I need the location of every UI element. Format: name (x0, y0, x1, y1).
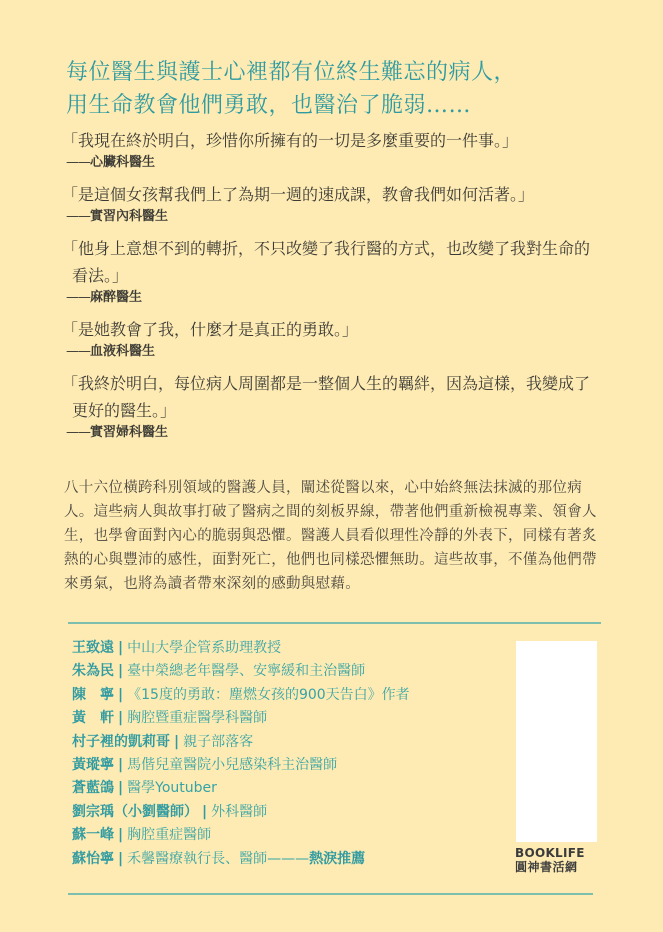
quote-text-continued: 看法。」 (62, 266, 128, 285)
quote-source: ——實習婦科醫生 (62, 424, 607, 442)
endorser-title: 胸腔重症醫師 (127, 827, 211, 843)
source-label: 血液科醫生 (90, 344, 155, 359)
dash: —— (66, 209, 90, 224)
endorser-title: 臺中榮總老年醫學、安寧緩和主治醫師 (127, 663, 365, 679)
endorsement-item: 黃瑽寧|馬偕兒童醫院小兒感染科主治醫師 (72, 754, 410, 777)
endorsement-item: 黃 軒|胸腔暨重症醫學科醫師 (72, 707, 410, 730)
dash: —— (66, 290, 90, 305)
separator: | (114, 827, 127, 843)
endorser-title: 醫學Youtuber (127, 780, 217, 796)
source-label: 實習婦科醫生 (90, 425, 168, 440)
quote-text: 「我現在終於明白，珍惜你所擁有的一切是多麼重要的一件事。」 (62, 127, 607, 154)
endorser-name: 蘇一峰 (72, 827, 114, 843)
quote-text-continued: 更好的醫生。」 (62, 401, 176, 420)
endorser-title: 禾馨醫療執行長、醫師 (127, 851, 267, 867)
quote: 「他身上意想不到的轉折，不只改變了我行醫的方式，也改變了我對生命的 看法。」 —… (62, 235, 607, 307)
source-label: 麻醉醫生 (90, 290, 142, 305)
endorser-name: 劉宗瑀（小劉醫師） (72, 804, 198, 820)
endorser-title: 外科醫師 (211, 804, 267, 820)
recommend-label: 熱淚推薦 (309, 851, 365, 867)
description: 八十六位橫跨科別領域的醫護人員，闡述從醫以來，心中始終無法抹滅的那位病 人。這些… (64, 476, 604, 596)
endorsement-list: 王致遠|中山大學企管系助理教授 朱為民|臺中榮總老年醫學、安寧緩和主治醫師 陳 … (72, 637, 410, 871)
description-line: 人。這些病人與故事打破了醫病之間的刻板界線，帶著他們重新檢視專業、領會人 (64, 500, 604, 524)
endorser-name: 朱為民 (72, 663, 114, 679)
quote-text: 「我終於明白，每位病人周圍都是一整個人生的羈絆，因為這樣，我變成了 (62, 370, 607, 397)
description-line: 來勇氣，也將為讀者帶來深刻的感動與慰藉。 (64, 572, 604, 596)
quote: 「我終於明白，每位病人周圍都是一整個人生的羈絆，因為這樣，我變成了 更好的醫生。… (62, 370, 607, 442)
top-divider (68, 622, 601, 624)
endorser-name: 村子裡的凱莉哥 (72, 734, 170, 750)
endorser-title: 胸腔暨重症醫學科醫師 (127, 710, 267, 726)
dash: —— (66, 155, 90, 170)
separator: | (198, 804, 211, 820)
publisher-logo-zh: 圓神書活網 (515, 860, 585, 875)
separator: | (114, 757, 127, 773)
separator: | (114, 851, 127, 867)
source-label: 心臟科醫生 (90, 155, 155, 170)
tail-dash: ——— (267, 851, 309, 867)
headline: 每位醫生與護士心裡都有位終生難忘的病人， 用生命教會他們勇敢，也醫治了脆弱…… (66, 56, 516, 122)
separator: | (170, 734, 183, 750)
headline-line: 每位醫生與護士心裡都有位終生難忘的病人， (66, 56, 516, 89)
description-line: 熱的心與豐沛的感性，面對死亡，他們也同樣恐懼無助。這些故事，不僅為他們帶 (64, 548, 604, 572)
description-line: 八十六位橫跨科別領域的醫護人員，闡述從醫以來，心中始終無法抹滅的那位病 (64, 476, 604, 500)
endorser-title: 馬偕兒童醫院小兒感染科主治醫師 (127, 757, 337, 773)
quote-source: ——血液科醫生 (62, 343, 607, 361)
endorsement-item: 蒼藍鴿|醫學Youtuber (72, 777, 410, 800)
quote-source: ——實習內科醫生 (62, 208, 607, 226)
endorser-title: 《15度的勇敢：塵燃女孩的900天告白》作者 (127, 687, 410, 703)
endorsement-item: 村子裡的凱莉哥|親子部落客 (72, 731, 410, 754)
separator: | (114, 780, 127, 796)
barcode-placeholder (516, 641, 597, 842)
endorser-name: 黃 軒 (72, 710, 114, 726)
endorser-name: 王致遠 (72, 640, 114, 656)
endorser-name: 蒼藍鴿 (72, 780, 114, 796)
endorser-title: 中山大學企管系助理教授 (127, 640, 281, 656)
quote: 「我現在終於明白，珍惜你所擁有的一切是多麼重要的一件事。」 ——心臟科醫生 (62, 127, 607, 172)
separator: | (114, 663, 127, 679)
quote-text: 「是她教會了我，什麼才是真正的勇敢。」 (62, 316, 607, 343)
dash: —— (66, 344, 90, 359)
quote: 「是她教會了我，什麼才是真正的勇敢。」 ——血液科醫生 (62, 316, 607, 361)
quote-text: 「他身上意想不到的轉折，不只改變了我行醫的方式，也改變了我對生命的 (62, 235, 607, 262)
headline-line: 用生命教會他們勇敢，也醫治了脆弱…… (66, 89, 516, 122)
endorser-name: 陳 寧 (72, 687, 114, 703)
separator: | (114, 687, 127, 703)
endorsement-item: 朱為民|臺中榮總老年醫學、安寧緩和主治醫師 (72, 660, 410, 683)
endorser-title: 親子部落客 (183, 734, 253, 750)
endorser-name: 蘇怡寧 (72, 851, 114, 867)
bottom-divider (68, 893, 593, 895)
publisher-logo: BOOKLIFE 圓神書活網 (515, 846, 585, 875)
quote-text: 「是這個女孩幫我們上了為期一週的速成課，教會我們如何活著。」 (62, 181, 607, 208)
endorsement-item: 蘇一峰|胸腔重症醫師 (72, 824, 410, 847)
quote: 「是這個女孩幫我們上了為期一週的速成課，教會我們如何活著。」 ——實習內科醫生 (62, 181, 607, 226)
separator: | (114, 710, 127, 726)
source-label: 實習內科醫生 (90, 209, 168, 224)
publisher-logo-en: BOOKLIFE (515, 846, 585, 860)
quotes-section: 「我現在終於明白，珍惜你所擁有的一切是多麼重要的一件事。」 ——心臟科醫生 「是… (62, 127, 607, 451)
quote-source: ——心臟科醫生 (62, 154, 607, 172)
description-line: 生，也學會面對內心的脆弱與恐懼。醫護人員看似理性冷靜的外表下，同樣有著炙 (64, 524, 604, 548)
endorser-name: 黃瑽寧 (72, 757, 114, 773)
separator: | (114, 640, 127, 656)
endorsement-item: 蘇怡寧|禾馨醫療執行長、醫師———熱淚推薦 (72, 848, 410, 871)
endorsement-item: 陳 寧|《15度的勇敢：塵燃女孩的900天告白》作者 (72, 684, 410, 707)
quote-source: ——麻醉醫生 (62, 289, 607, 307)
dash: —— (66, 425, 90, 440)
endorsement-item: 劉宗瑀（小劉醫師）|外科醫師 (72, 801, 410, 824)
endorsement-item: 王致遠|中山大學企管系助理教授 (72, 637, 410, 660)
